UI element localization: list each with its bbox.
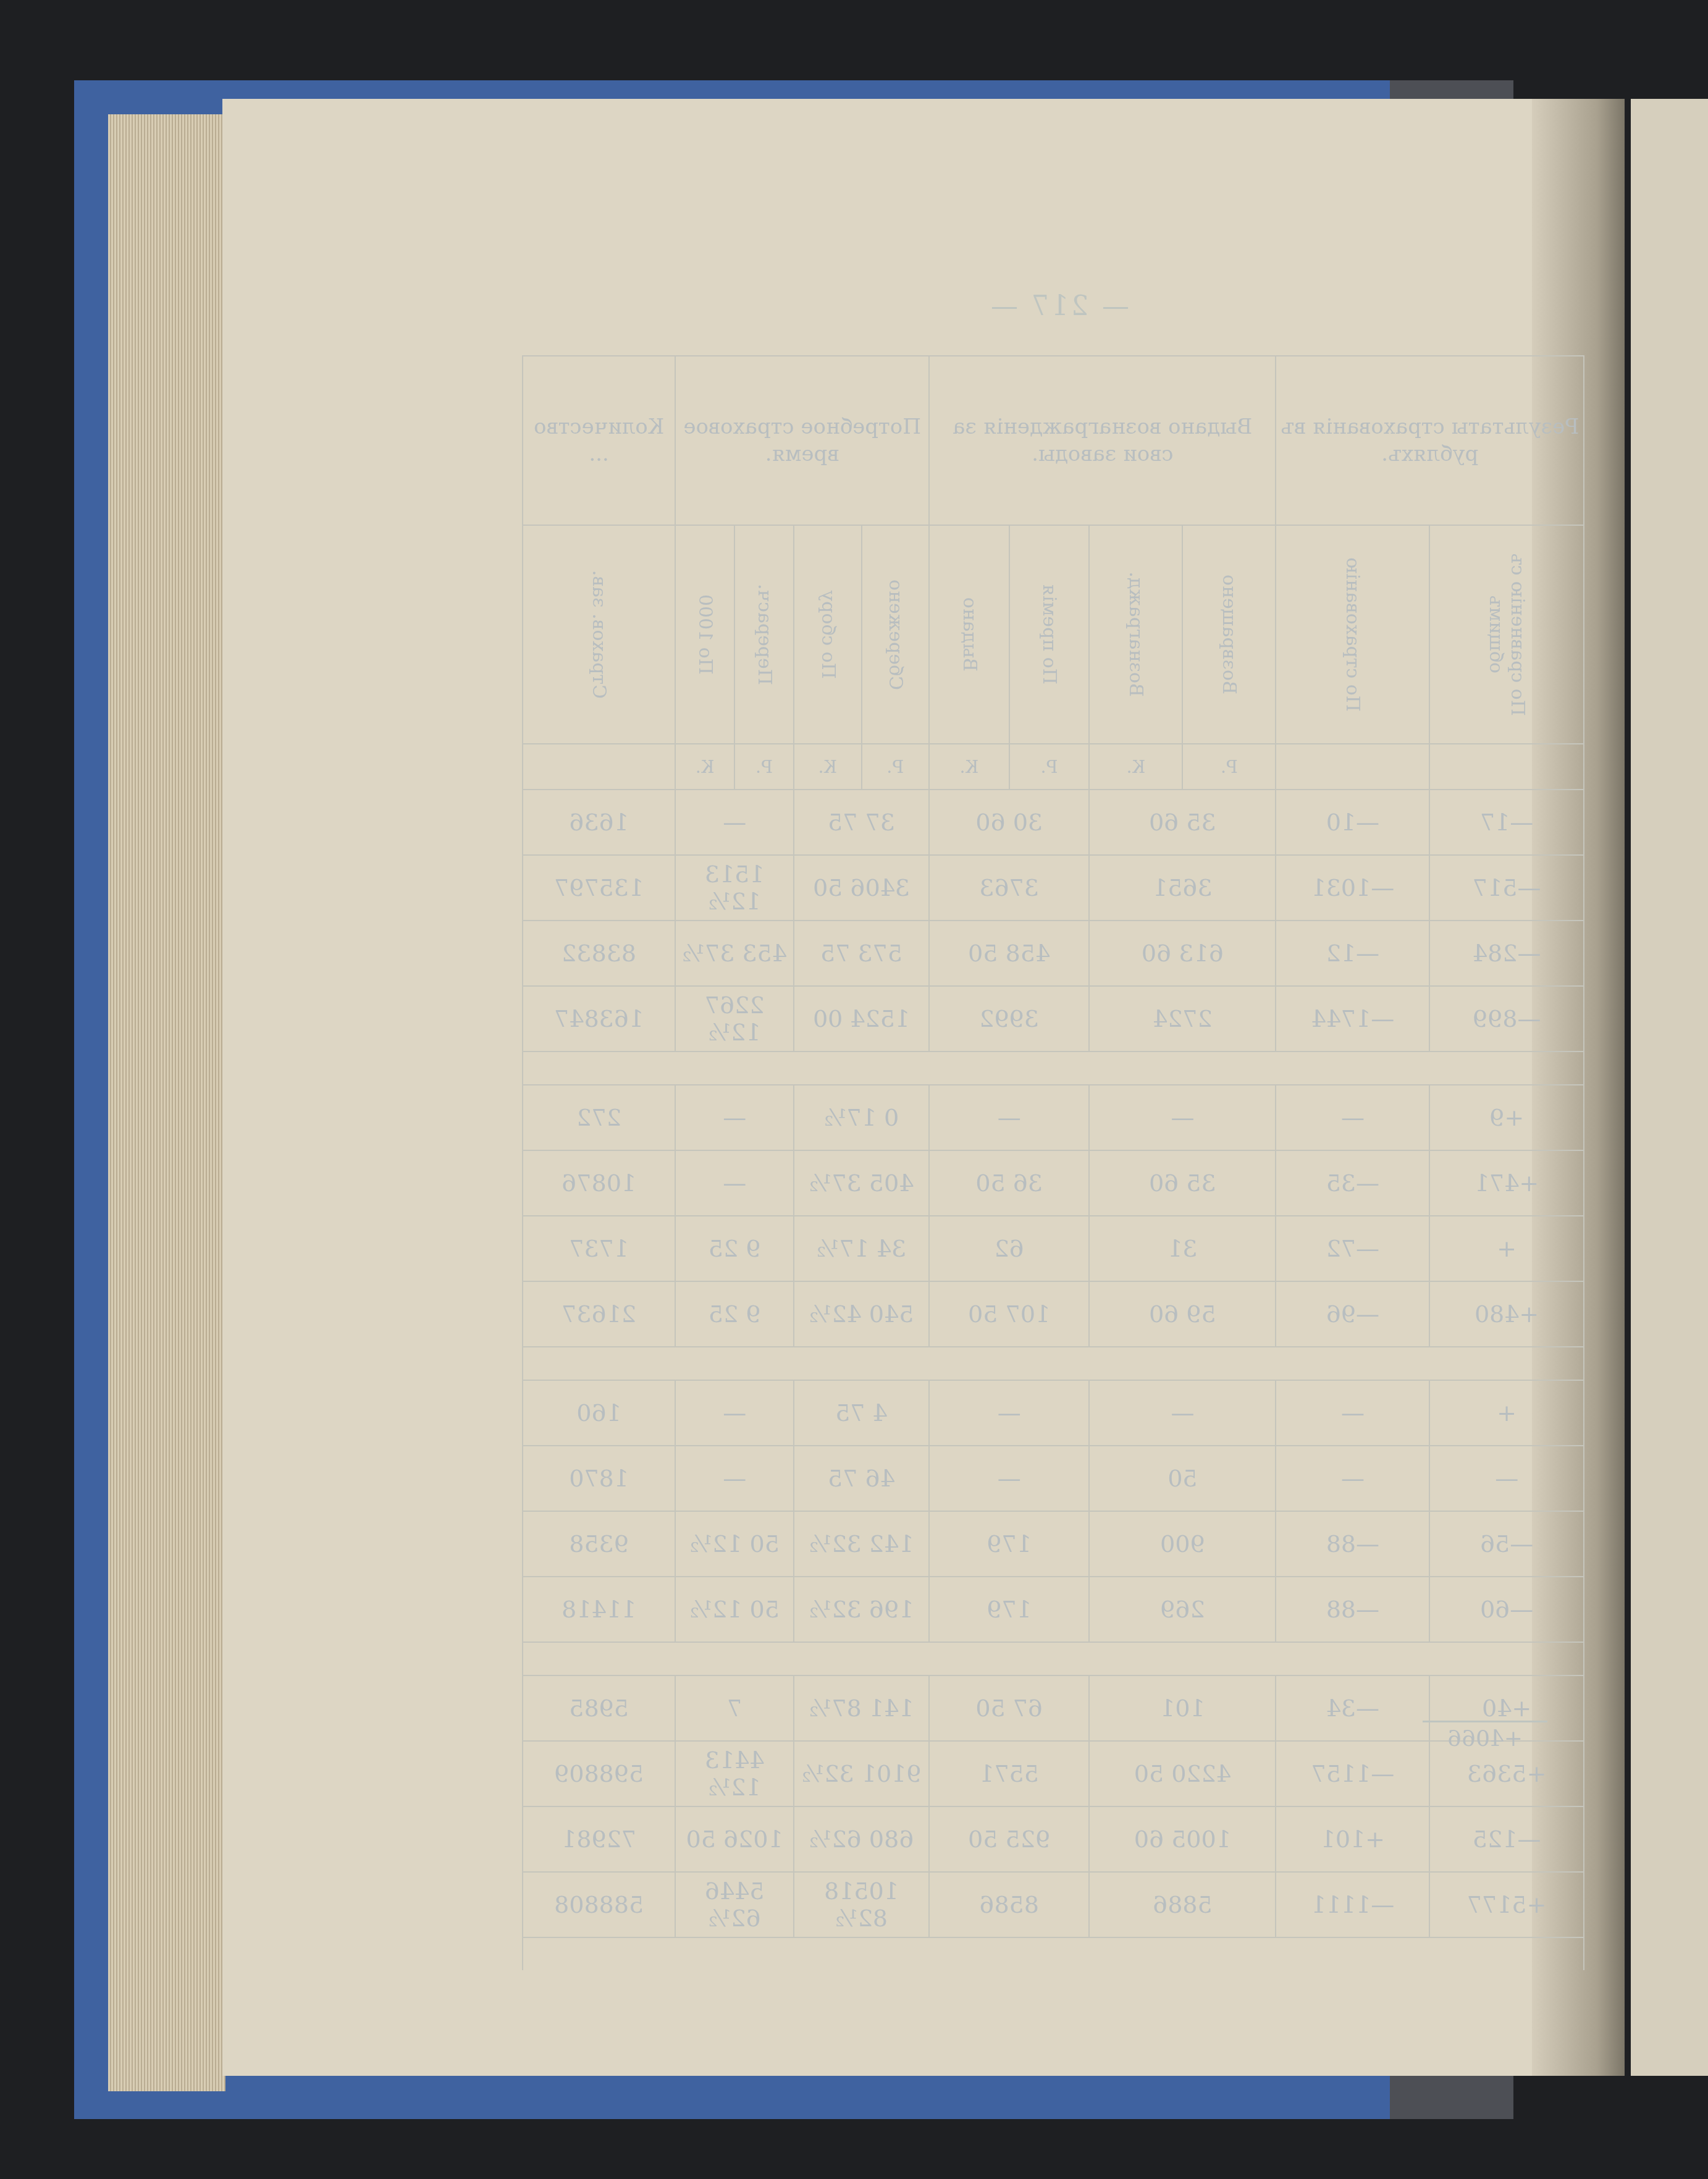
header-group: Результаты страхованія въ рубляхъ. bbox=[1276, 356, 1584, 525]
table-cell: 5985 bbox=[523, 1675, 675, 1741]
table-cell: 37 75 bbox=[794, 790, 929, 855]
table-cell: 5571 bbox=[929, 1741, 1089, 1806]
table-cell: 0 17½ bbox=[794, 1085, 929, 1150]
table-cell: 62 bbox=[929, 1216, 1089, 1281]
table-row: —284—12613 60458 50573 75453 37½83832 bbox=[523, 921, 1584, 986]
table-cell: 3406 50 bbox=[794, 855, 929, 921]
table-cell: —96 bbox=[1276, 1281, 1429, 1347]
table-row: —899—1744272439921524 002267 12½163847 bbox=[523, 986, 1584, 1052]
table-row: —56—88900179142 32½50 12½9358 bbox=[523, 1511, 1584, 1577]
table-cell: — bbox=[1276, 1380, 1429, 1446]
table-row: +480—9659 60107 50540 42½9 2521637 bbox=[523, 1281, 1584, 1347]
table-cell: —1111 bbox=[1276, 1872, 1429, 1937]
table-cell: 925 50 bbox=[929, 1806, 1089, 1872]
table-cell: 160 bbox=[523, 1380, 675, 1446]
table-cell: 573 75 bbox=[794, 921, 929, 986]
header-unit bbox=[523, 744, 675, 790]
facing-page-edge bbox=[1631, 99, 1708, 2076]
table-row: +—72316234 17½9 251737 bbox=[523, 1216, 1584, 1281]
header-unit: К. bbox=[794, 744, 862, 790]
table-cell: 5886 bbox=[1089, 1872, 1276, 1937]
header-group: Потребное страховое время. bbox=[675, 356, 929, 525]
table-cell: 613 60 bbox=[1089, 921, 1276, 986]
header-subcolumn: Выдано bbox=[929, 525, 1009, 744]
table-cell: — bbox=[675, 1380, 794, 1446]
table-cell: 135797 bbox=[523, 855, 675, 921]
table-cell: —60 bbox=[1429, 1577, 1584, 1642]
table-cell: 9101 32½ bbox=[794, 1741, 929, 1806]
table-cell: 35 60 bbox=[1089, 790, 1276, 855]
table-cell: 46 75 bbox=[794, 1446, 929, 1511]
table-row: —125+1011005 60925 50680 62½1026 5072981 bbox=[523, 1806, 1584, 1872]
header-group: Выдано вознагражденія за свои заводы. bbox=[929, 356, 1276, 525]
table-cell: 2267 12½ bbox=[675, 986, 794, 1052]
table-cell: 50 12½ bbox=[675, 1511, 794, 1577]
table-cell: 4413 12½ bbox=[675, 1741, 794, 1806]
table-cell: —1031 bbox=[1276, 855, 1429, 921]
header-unit: Р. bbox=[734, 744, 794, 790]
table-cell: — bbox=[675, 1085, 794, 1150]
table-row: —60—88269179196 32½50 12½11418 bbox=[523, 1577, 1584, 1642]
table-cell: 59 60 bbox=[1089, 1281, 1276, 1347]
table-cell: —88 bbox=[1276, 1511, 1429, 1577]
table-cell: 3651 bbox=[1089, 855, 1276, 921]
header-unit bbox=[1276, 744, 1429, 790]
bleed-through-table: Результаты страхованія въ рубляхъ.Выдано… bbox=[522, 355, 1584, 1776]
table-cell: 1524 00 bbox=[794, 986, 929, 1052]
table-cell: + bbox=[1429, 1216, 1584, 1281]
table-cell: 179 bbox=[929, 1577, 1089, 1642]
table-cell: 142 32½ bbox=[794, 1511, 929, 1577]
header-unit: Р. bbox=[862, 744, 929, 790]
table-cell: 30 60 bbox=[929, 790, 1089, 855]
table-cell: —517 bbox=[1429, 855, 1584, 921]
table-cell: 453 37½ bbox=[675, 921, 794, 986]
table-cell: —284 bbox=[1429, 921, 1584, 986]
table-cell: +5177 bbox=[1429, 1872, 1584, 1937]
header-subcolumn: По премія bbox=[1009, 525, 1090, 744]
header-subcolumns: По сравненію съ общимъПо страхованіюВозв… bbox=[523, 525, 1584, 744]
header-subcolumn: По 1000 bbox=[675, 525, 734, 744]
table-cell: 7 bbox=[675, 1675, 794, 1741]
table-row: +471—3535 6036 50405 37½—10876 bbox=[523, 1150, 1584, 1216]
section-gap bbox=[523, 1052, 1584, 1085]
table-cell: 9358 bbox=[523, 1511, 675, 1577]
table-row: ——50—46 75—1870 bbox=[523, 1446, 1584, 1511]
table-cell: — bbox=[1089, 1085, 1276, 1150]
table-cell: 269 bbox=[1089, 1577, 1276, 1642]
table-cell: 4 75 bbox=[794, 1380, 929, 1446]
header-subcolumn: По сбору bbox=[794, 525, 862, 744]
table-cell: —12 bbox=[1276, 921, 1429, 986]
table-cell: 9 25 bbox=[675, 1216, 794, 1281]
page-number: — 217 — bbox=[988, 290, 1129, 322]
table-cell: 36 50 bbox=[929, 1150, 1089, 1216]
table-cell: 405 37½ bbox=[794, 1150, 929, 1216]
table-cell: —72 bbox=[1276, 1216, 1429, 1281]
header-groups: Результаты страхованія въ рубляхъ.Выдано… bbox=[523, 356, 1584, 525]
table-cell: 588808 bbox=[523, 1872, 675, 1937]
table-cell: —125 bbox=[1429, 1806, 1584, 1872]
header-subcolumn: Возвращено bbox=[1182, 525, 1276, 744]
table-cell: 34 17½ bbox=[794, 1216, 929, 1281]
table-cell: +101 bbox=[1276, 1806, 1429, 1872]
table-cell: — bbox=[929, 1446, 1089, 1511]
table-cell: 9 25 bbox=[675, 1281, 794, 1347]
header-subcolumn: Сбережено bbox=[862, 525, 929, 744]
table-cell: —17 bbox=[1429, 790, 1584, 855]
table-cell: — bbox=[1429, 1446, 1584, 1511]
table-cell: 458 50 bbox=[929, 921, 1089, 986]
table-cell: 163847 bbox=[523, 986, 675, 1052]
table-cell: 50 12½ bbox=[675, 1577, 794, 1642]
table-cell: 72981 bbox=[523, 1806, 675, 1872]
table-row: —517—1031365137633406 501513 12½135797 bbox=[523, 855, 1584, 921]
table-cell: — bbox=[675, 1150, 794, 1216]
header-unit: К. bbox=[675, 744, 734, 790]
table-cell: 11418 bbox=[523, 1577, 675, 1642]
section-gap bbox=[523, 1937, 1584, 1970]
table-cell: 540 42½ bbox=[794, 1281, 929, 1347]
table-cell: — bbox=[1276, 1446, 1429, 1511]
table-cell: 21637 bbox=[523, 1281, 675, 1347]
table-cell: +9 bbox=[1429, 1085, 1584, 1150]
table-cell: 35 60 bbox=[1089, 1150, 1276, 1216]
table-cell: 598809 bbox=[523, 1741, 675, 1806]
table-cell: 1737 bbox=[523, 1216, 675, 1281]
header-unit: Р. bbox=[1009, 744, 1090, 790]
table-row: +———4 75—160 bbox=[523, 1380, 1584, 1446]
table-cell: —899 bbox=[1429, 986, 1584, 1052]
table-cell: + bbox=[1429, 1380, 1584, 1446]
table-cell: 8586 bbox=[929, 1872, 1089, 1937]
table-cell: 141 87½ bbox=[794, 1675, 929, 1741]
header-unit: К. bbox=[1089, 744, 1182, 790]
table-cell: —1157 bbox=[1276, 1741, 1429, 1806]
header-subcolumn: Перерасч. bbox=[734, 525, 794, 744]
table-cell: — bbox=[675, 790, 794, 855]
table-row: +5177—11115886858610518 82½5446 62½58880… bbox=[523, 1872, 1584, 1937]
table-cell: 83832 bbox=[523, 921, 675, 986]
table-cell: 31 bbox=[1089, 1216, 1276, 1281]
table-cell: —88 bbox=[1276, 1577, 1429, 1642]
table-cell: —56 bbox=[1429, 1511, 1584, 1577]
table-cell: 179 bbox=[929, 1511, 1089, 1577]
section-gap bbox=[523, 1347, 1584, 1380]
table-cell: 101 bbox=[1089, 1675, 1276, 1741]
table-cell: 1513 12½ bbox=[675, 855, 794, 921]
table-cell: 680 62½ bbox=[794, 1806, 929, 1872]
table-cell: 1005 60 bbox=[1089, 1806, 1276, 1872]
header-unit: К. bbox=[929, 744, 1009, 790]
section-gap bbox=[523, 1642, 1584, 1675]
table-cell: 3763 bbox=[929, 855, 1089, 921]
table-cell: 900 bbox=[1089, 1511, 1276, 1577]
table-cell: +480 bbox=[1429, 1281, 1584, 1347]
table-row: —17—1035 6030 6037 75—1636 bbox=[523, 790, 1584, 855]
header-units: Р.К.Р.К.Р.К.Р.К. bbox=[523, 744, 1584, 790]
table-cell: 272 bbox=[523, 1085, 675, 1150]
grand-total: +4066 bbox=[1423, 1721, 1547, 1755]
header-unit bbox=[1429, 744, 1584, 790]
table-cell: 107 50 bbox=[929, 1281, 1089, 1347]
table-cell: 10518 82½ bbox=[794, 1872, 929, 1937]
table-cell: —10 bbox=[1276, 790, 1429, 855]
table-cell: —35 bbox=[1276, 1150, 1429, 1216]
table-cell: 3992 bbox=[929, 986, 1089, 1052]
table-cell: 1636 bbox=[523, 790, 675, 855]
table-cell: 196 32½ bbox=[794, 1577, 929, 1642]
table-cell: 1870 bbox=[523, 1446, 675, 1511]
table-cell: 4220 50 bbox=[1089, 1741, 1276, 1806]
page-edges bbox=[108, 114, 225, 2091]
header-subcolumn: По сравненію съ общимъ bbox=[1429, 525, 1584, 744]
table-body: —17—1035 6030 6037 75—1636—517—103136513… bbox=[523, 790, 1584, 1970]
table-cell: —34 bbox=[1276, 1675, 1429, 1741]
header-subcolumn: Вознагражд. bbox=[1089, 525, 1182, 744]
header-subcolumn: Страхов. зав. bbox=[523, 525, 675, 744]
table-cell: 67 50 bbox=[929, 1675, 1089, 1741]
header-group: Количество ... bbox=[523, 356, 675, 525]
table-cell: 5446 62½ bbox=[675, 1872, 794, 1937]
table-cell: — bbox=[929, 1085, 1089, 1150]
table-cell: +471 bbox=[1429, 1150, 1584, 1216]
table-row: +9———0 17½—272 bbox=[523, 1085, 1584, 1150]
header-unit: Р. bbox=[1182, 744, 1276, 790]
table-cell: 10876 bbox=[523, 1150, 675, 1216]
table-cell: 1026 50 bbox=[675, 1806, 794, 1872]
table-cell: — bbox=[1276, 1085, 1429, 1150]
table-cell: —1744 bbox=[1276, 986, 1429, 1052]
table-cell: — bbox=[675, 1446, 794, 1511]
table-cell: 50 bbox=[1089, 1446, 1276, 1511]
table-cell: 2724 bbox=[1089, 986, 1276, 1052]
table-cell: — bbox=[929, 1380, 1089, 1446]
header-subcolumn: По страхованію bbox=[1276, 525, 1429, 744]
table-cell: — bbox=[1089, 1380, 1276, 1446]
